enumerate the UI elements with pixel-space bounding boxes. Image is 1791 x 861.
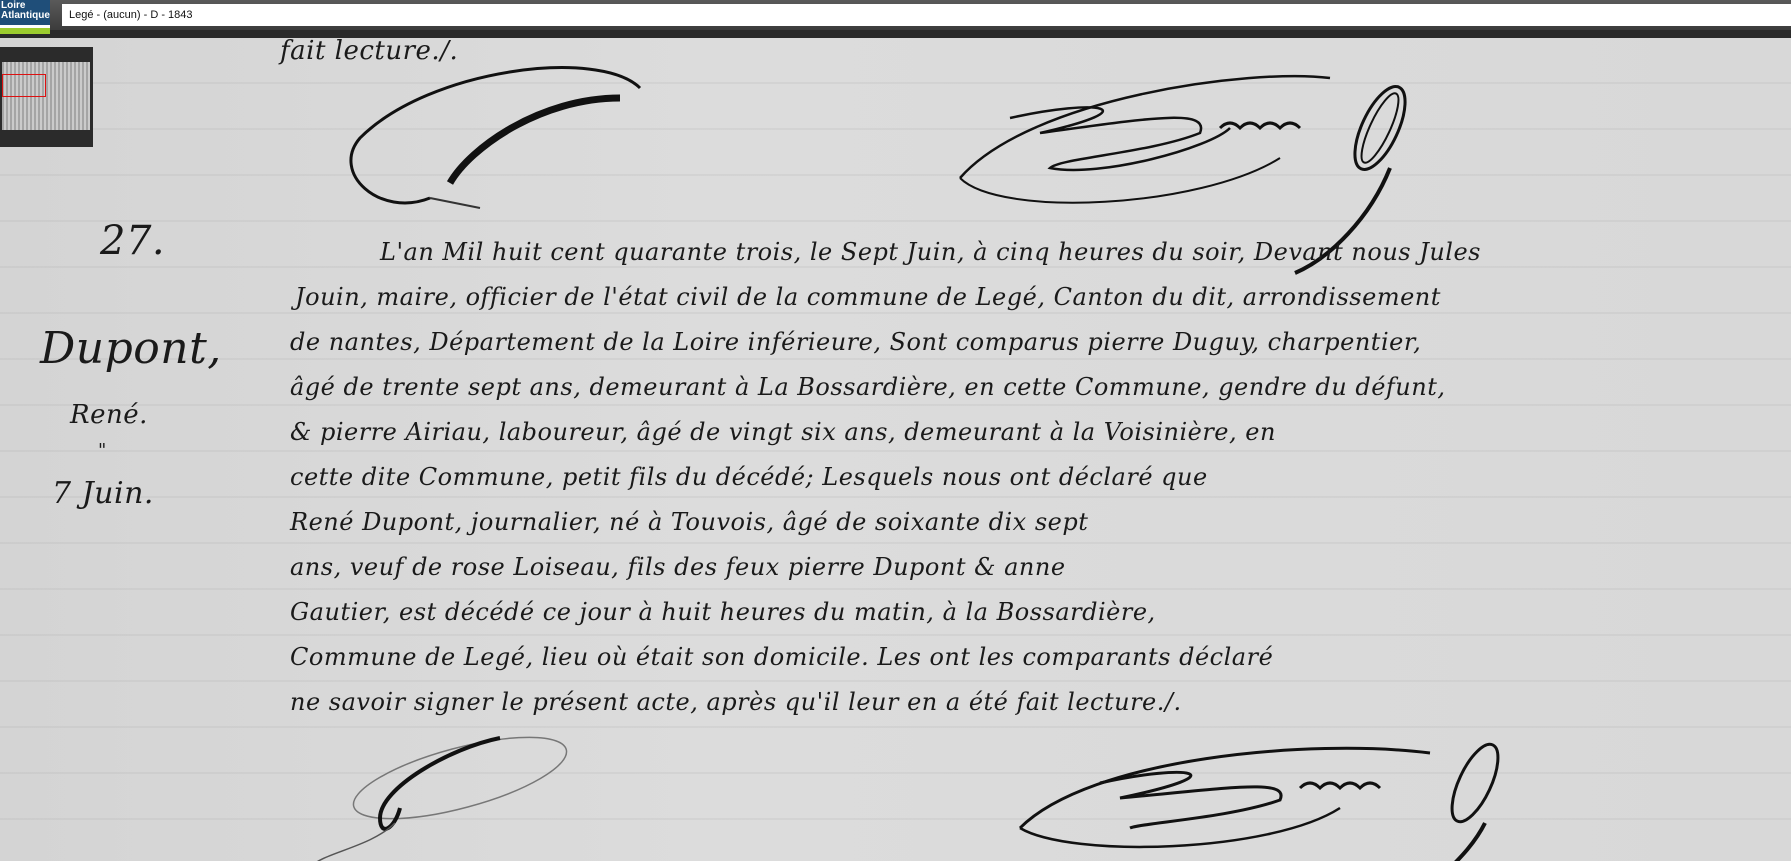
doc-line: L'an Mil huit cent quarante trois, le Se… [380,238,1481,266]
loire-atlantique-logo[interactable]: Loire Atlantique [0,0,50,34]
doc-line: de nantes, Département de la Loire infér… [290,328,1421,356]
doc-line: âgé de trente sept ans, demeurant à La B… [290,373,1445,401]
margin-ditto: " [98,440,107,461]
doc-line: ans, veuf de rose Loiseau, fils des feux… [290,553,1066,581]
margin-given-name: René. [70,400,148,430]
doc-line: ne savoir signer le présent acte, après … [290,688,1182,716]
logo-stripe-green [0,28,50,34]
doc-line: René Dupont, journalier, né à Touvois, â… [290,508,1088,536]
header-divider [0,30,1791,38]
doc-line: & pierre Airiau, laboureur, âgé de vingt… [290,418,1276,446]
thumbnail-viewport-rectangle[interactable] [2,74,46,97]
document-title-field: Legé - (aucun) - D - 1843 [62,4,1791,26]
signature-bottom [1010,728,1530,861]
margin-surname: Dupont, [40,323,222,374]
margin-date: 7 Juin. [52,476,154,511]
doc-line: Gautier, est décédé ce jour à huit heure… [290,598,1156,626]
doc-line: Commune de Legé, lieu où était son domic… [290,643,1273,671]
logo-text: Loire Atlantique [1,1,50,21]
flourish-top-left [340,58,660,228]
doc-line: Jouin, maire, officier de l'état civil d… [295,283,1441,311]
margin-entry-number: 27. [100,218,165,264]
page-thumbnail-navigator[interactable] [0,47,93,147]
doc-line: cette dite Commune, petit fils du décédé… [290,463,1208,491]
document-viewer[interactable]: fait lecture./. 27. Dupont, René. " 7 Ju… [0,38,1791,861]
flourish-bottom-left [300,728,580,861]
